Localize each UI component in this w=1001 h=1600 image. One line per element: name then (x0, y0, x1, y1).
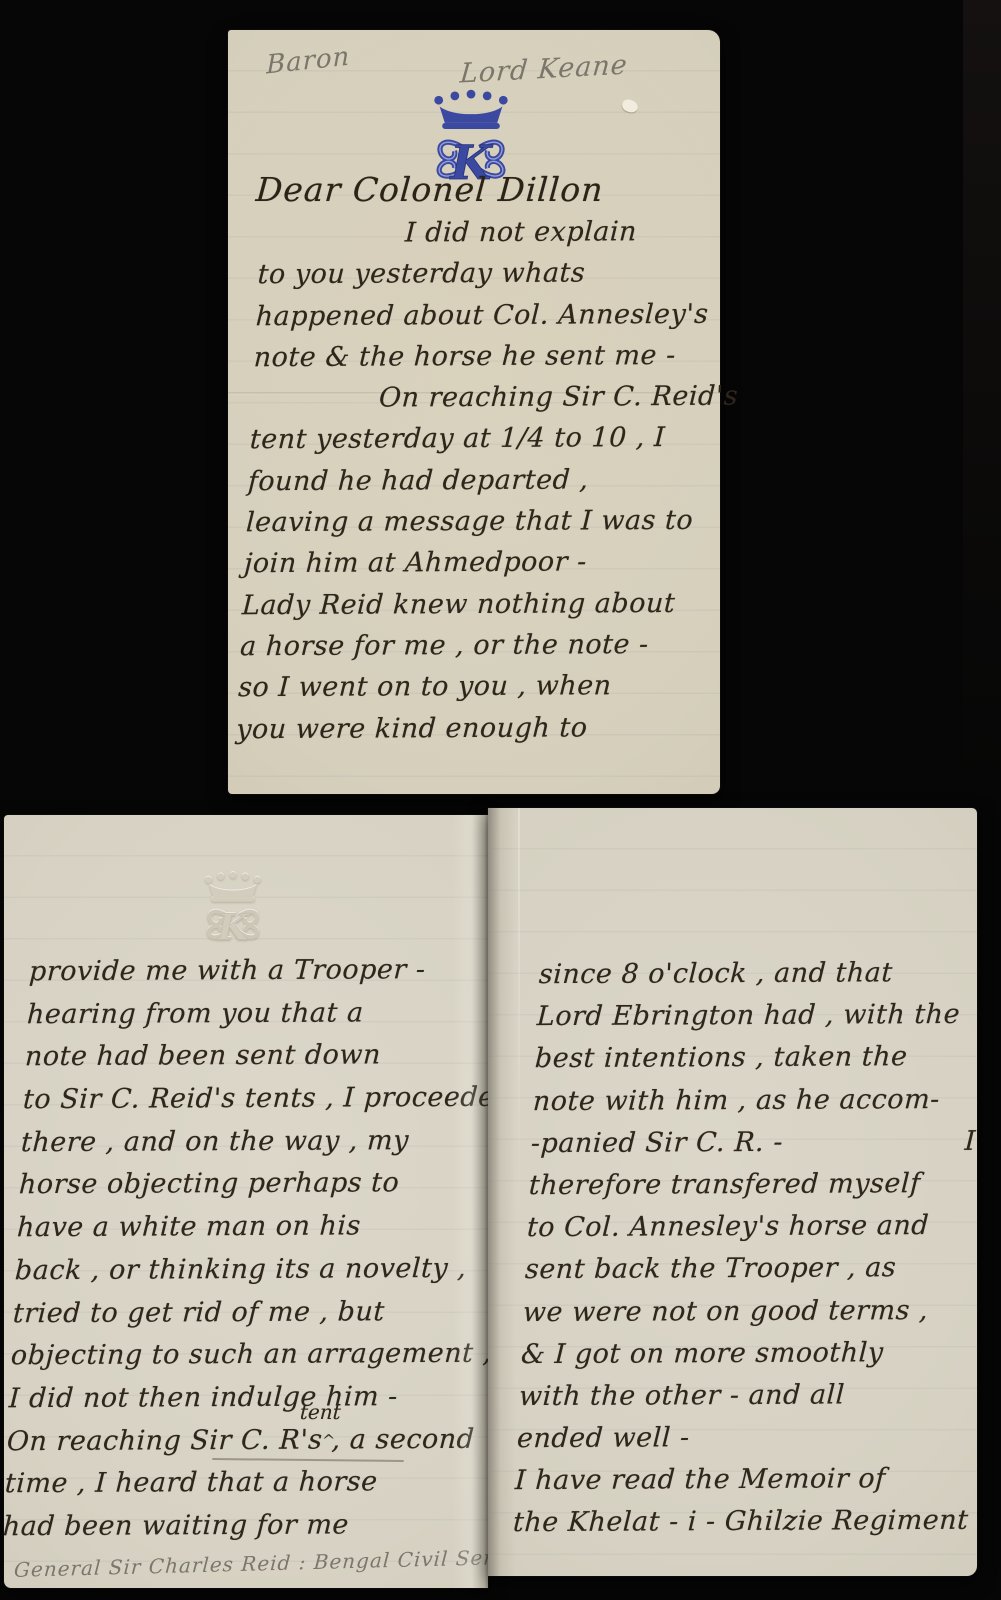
manuscript-line: horse objecting perhaps to (18, 1162, 486, 1207)
pencil-annotation-identification: General Sir Charles Reid : Bengal Civil … (13, 1544, 539, 1582)
fold-crease (518, 808, 520, 1230)
manuscript-line: On reaching Sir C. R's , a second (6, 1418, 474, 1463)
interlinear-insertion: tent (299, 1400, 341, 1424)
pencil-annotation-lord-keane: Lord Keane (459, 50, 629, 90)
manuscript-line: there , and on the way , my (20, 1120, 488, 1165)
manuscript-line: leaving a message that I was to (245, 500, 709, 544)
manuscript-line: to Col. Annesley's horse and (526, 1205, 968, 1249)
manuscript-line: On reaching Sir C. Reid's (251, 376, 715, 420)
embossed-coronet-k-monogram-icon: K (200, 870, 266, 944)
manuscript-line: -panied Sir C. R. - I (530, 1121, 972, 1165)
letter-page-one: Baron Lord Keane K Dear Colonel Dillon I… (228, 30, 720, 794)
photo-background-strip (963, 0, 1001, 812)
salutation: Dear Colonel Dillon (255, 170, 605, 209)
manuscript-line: Lord Ebrington had , with the (536, 994, 978, 1038)
manuscript-line: the Khelat - i - Ghilzie Regiment (512, 1500, 954, 1544)
manuscript-line: to you yesterday whats (257, 252, 721, 296)
manuscript-line: I have read the Memoir of (514, 1458, 956, 1502)
manuscript-line: ended well - (516, 1416, 958, 1460)
letter-photograph: { "scene": { "background_color": "#06060… (0, 0, 1001, 1600)
manuscript-line: hearing from you that a (26, 991, 494, 1036)
manuscript-line: objecting to such an arragement , (10, 1333, 478, 1378)
manuscript-line: since 8 o'clock , and that (538, 952, 980, 996)
manuscript-line: note with him , as he accom- (532, 1078, 974, 1122)
manuscript-line: tent yesterday at 1/4 to 10 , I (249, 417, 713, 461)
manuscript-line: join him at Ahmedpoor - (243, 541, 707, 585)
manuscript-line: a horse for me , or the note - (239, 624, 703, 668)
manuscript-line: to Sir C. Reid's tents , I proceeded (22, 1077, 490, 1122)
manuscript-line: note & the horse he sent me - (253, 335, 717, 379)
manuscript-line: found he had departed , (247, 459, 711, 503)
manuscript-body: since 8 o'clock , and thatLord Ebrington… (512, 952, 980, 1545)
manuscript-line: you were kind enough to (235, 706, 699, 750)
pencil-annotation-baron: Baron (266, 42, 350, 81)
manuscript-body: I did not explainto you yesterday whatsh… (235, 211, 722, 750)
manuscript-line: note had been sent down (24, 1034, 492, 1079)
manuscript-line: had been waiting for me (2, 1504, 470, 1549)
manuscript-line: tried to get rid of me , but (12, 1290, 480, 1335)
svg-text:K: K (217, 907, 251, 944)
paper-chip (621, 98, 640, 114)
manuscript-line: sent back the Trooper , as (524, 1247, 966, 1291)
letter-page-two: K provide me with a Trooper -hearing fro… (4, 815, 488, 1588)
manuscript-line: best intentions , taken the (534, 1036, 976, 1080)
manuscript-line: I did not explain (259, 211, 723, 255)
manuscript-line: & I got on more smoothly (520, 1332, 962, 1376)
manuscript-line: Lady Reid knew nothing about (241, 582, 705, 626)
insertion-caret: ^ (322, 1431, 335, 1450)
manuscript-line: therefore transfered myself (528, 1163, 970, 1207)
manuscript-line: happened about Col. Annesley's (255, 293, 719, 337)
manuscript-line: back , or thinking its a novelty , (14, 1248, 482, 1293)
manuscript-line: provide me with a Trooper - (28, 949, 496, 994)
manuscript-line: I did not then indulge him - (8, 1376, 476, 1421)
manuscript-line: have a white man on his (16, 1205, 484, 1250)
manuscript-line: so I went on to you , when (237, 665, 701, 709)
letter-page-three: since 8 o'clock , and thatLord Ebrington… (488, 808, 977, 1576)
manuscript-line: we were not on good terms , (522, 1289, 964, 1333)
manuscript-line: with the other - and all (518, 1374, 960, 1418)
manuscript-line: time , I heard that a horse (4, 1461, 472, 1506)
